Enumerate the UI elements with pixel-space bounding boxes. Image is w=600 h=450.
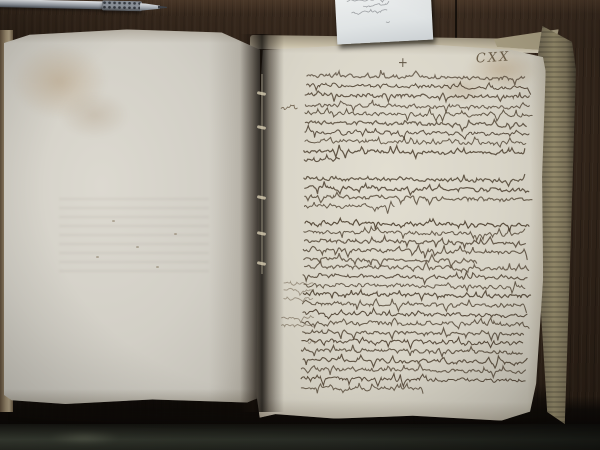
binding-stitch: [257, 125, 266, 130]
binding-stitch: [257, 261, 266, 266]
foxing-speck: [136, 246, 139, 248]
pencil-tip: [140, 3, 160, 11]
handwriting-svg: [255, 42, 546, 421]
binding-stitch: [257, 91, 266, 96]
sticky-note: [335, 0, 433, 44]
page-stain: [59, 92, 129, 138]
pencil-scribble-svg: [335, 0, 433, 44]
pencil-lead: [158, 6, 167, 9]
book-gutter: [240, 34, 284, 412]
pencil-barrel: [0, 0, 106, 9]
foxing-speck: [96, 256, 99, 258]
floor-strip: [0, 424, 600, 450]
floor-shading: [0, 424, 600, 450]
foxing-speck: [174, 233, 177, 235]
photo-scene: + CXX: [0, 0, 600, 450]
right-manuscript-page: + CXX: [255, 42, 546, 421]
binding-stitch: [257, 231, 266, 236]
binding-thread: [261, 74, 263, 274]
pencil-knurled-grip: [102, 0, 142, 11]
foxing-speck: [156, 266, 159, 268]
binding-stitch: [257, 195, 266, 200]
ink-showthrough: [59, 198, 209, 278]
left-blank-page: [4, 28, 260, 404]
foxing-speck: [112, 220, 115, 222]
